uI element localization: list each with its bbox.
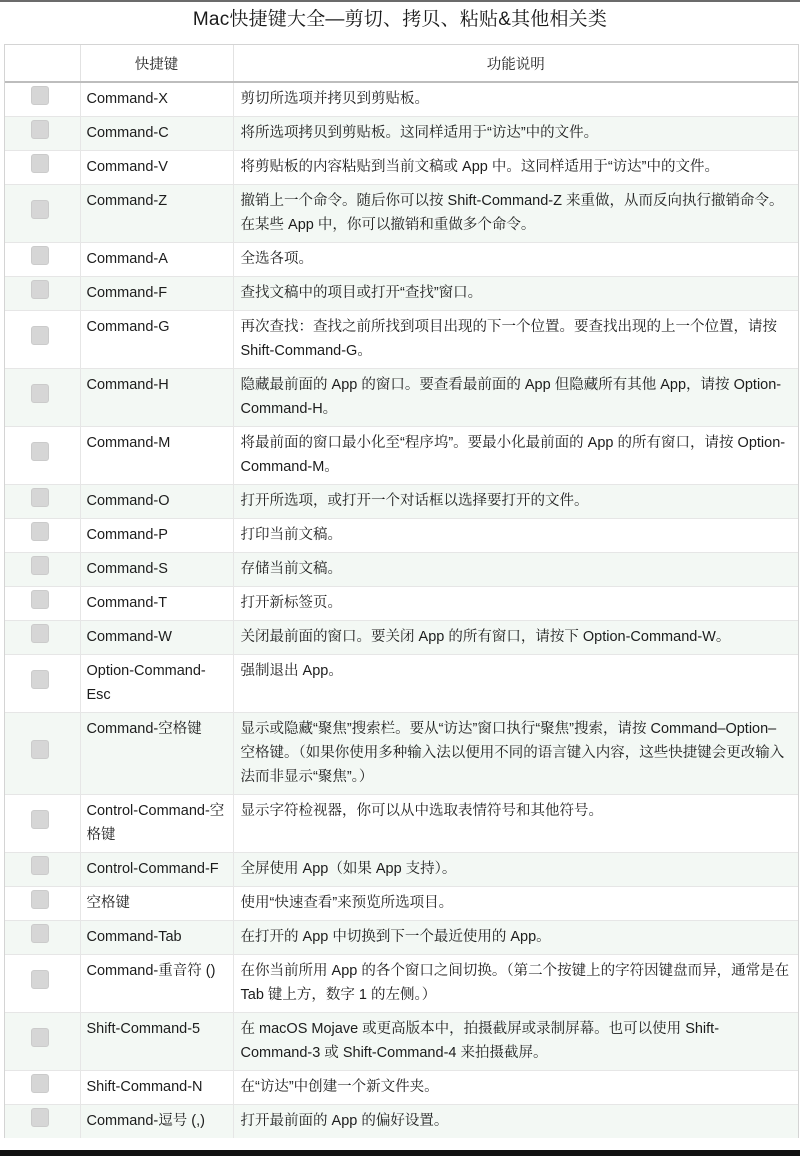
table-row: Command-O 打开所选项，或打开一个对话框以选择要打开的文件。: [5, 485, 798, 519]
shortcut-description: 关闭最前面的窗口。要关闭 App 的所有窗口，请按下 Option-Comman…: [233, 621, 798, 655]
shortcut-key: Command-S: [80, 553, 233, 587]
table-row: Shift-Command-N 在“访达”中创建一个新文件夹。: [5, 1071, 798, 1105]
checkbox-cell: [5, 277, 80, 311]
shortcut-key: Command-重音符 (): [80, 955, 233, 1013]
shortcut-key: Shift-Command-N: [80, 1071, 233, 1105]
table-header-row: 快捷键 功能说明: [5, 45, 798, 82]
table-row: Shift-Command-5 在 macOS Mojave 或更高版本中，拍摄…: [5, 1013, 798, 1071]
shortcut-description: 打开所选项，或打开一个对话框以选择要打开的文件。: [233, 485, 798, 519]
shortcut-key: Command-逗号 (,): [80, 1105, 233, 1139]
row-checkbox[interactable]: [31, 624, 49, 643]
shortcut-key: Command-F: [80, 277, 233, 311]
shortcut-description: 显示字符检视器，你可以从中选取表情符号和其他符号。: [233, 795, 798, 853]
row-checkbox[interactable]: [31, 86, 49, 105]
row-checkbox[interactable]: [31, 280, 49, 299]
shortcut-key: Command-P: [80, 519, 233, 553]
checkbox-cell: [5, 1105, 80, 1139]
checkbox-cell: [5, 621, 80, 655]
row-checkbox[interactable]: [31, 556, 49, 575]
shortcut-key: Control-Command-空格键: [80, 795, 233, 853]
shortcut-key: Command-G: [80, 311, 233, 369]
header-description: 功能说明: [233, 45, 798, 82]
shortcut-key: Command-空格键: [80, 713, 233, 795]
checkbox-cell: [5, 185, 80, 243]
checkbox-cell: [5, 485, 80, 519]
checkbox-cell: [5, 151, 80, 185]
shortcut-key: 空格键: [80, 887, 233, 921]
shortcut-key: Command-O: [80, 485, 233, 519]
row-checkbox[interactable]: [31, 1108, 49, 1127]
table-row: Command-M 将最前面的窗口最小化至“程序坞”。要最小化最前面的 App …: [5, 427, 798, 485]
shortcut-table-container: 快捷键 功能说明 Command-X 剪切所选项并拷贝到剪贴板。 Command…: [4, 44, 799, 1138]
checkbox-cell: [5, 713, 80, 795]
shortcut-description: 再次查找：查找之前所找到项目出现的下一个位置。要查找出现的上一个位置，请按 Sh…: [233, 311, 798, 369]
shortcut-key: Shift-Command-5: [80, 1013, 233, 1071]
shortcut-key: Command-Z: [80, 185, 233, 243]
row-checkbox[interactable]: [31, 856, 49, 875]
table-row: Command-W 关闭最前面的窗口。要关闭 App 的所有窗口，请按下 Opt…: [5, 621, 798, 655]
checkbox-cell: [5, 311, 80, 369]
shortcut-key: Command-V: [80, 151, 233, 185]
row-checkbox[interactable]: [31, 970, 49, 989]
shortcut-description: 全屏使用 App（如果 App 支持）。: [233, 853, 798, 887]
row-checkbox[interactable]: [31, 154, 49, 173]
row-checkbox[interactable]: [31, 740, 49, 759]
shortcut-description: 将最前面的窗口最小化至“程序坞”。要最小化最前面的 App 的所有窗口，请按 O…: [233, 427, 798, 485]
row-checkbox[interactable]: [31, 326, 49, 345]
shortcut-description: 将所选项拷贝到剪贴板。这同样适用于“访达”中的文件。: [233, 117, 798, 151]
top-edge-strip: [0, 0, 800, 2]
checkbox-cell: [5, 1071, 80, 1105]
header-shortcut: 快捷键: [80, 45, 233, 82]
table-row: Command-G 再次查找：查找之前所找到项目出现的下一个位置。要查找出现的上…: [5, 311, 798, 369]
table-row: Command-F 查找文稿中的项目或打开“查找”窗口。: [5, 277, 798, 311]
shortcut-description: 将剪贴板的内容粘贴到当前文稿或 App 中。这同样适用于“访达”中的文件。: [233, 151, 798, 185]
table-row: Command-逗号 (,) 打开最前面的 App 的偏好设置。: [5, 1105, 798, 1139]
shortcut-description: 显示或隐藏“聚焦”搜索栏。要从“访达”窗口执行“聚焦”搜索，请按 Command…: [233, 713, 798, 795]
table-row: 空格键 使用“快速查看”来预览所选项目。: [5, 887, 798, 921]
shortcut-key: Command-H: [80, 369, 233, 427]
table-row: Command-A 全选各项。: [5, 243, 798, 277]
table-row: Command-H 隐藏最前面的 App 的窗口。要查看最前面的 App 但隐藏…: [5, 369, 798, 427]
checkbox-cell: [5, 587, 80, 621]
shortcut-description: 打印当前文稿。: [233, 519, 798, 553]
checkbox-cell: [5, 1013, 80, 1071]
row-checkbox[interactable]: [31, 890, 49, 909]
shortcut-description: 在“访达”中创建一个新文件夹。: [233, 1071, 798, 1105]
shortcut-key: Command-X: [80, 82, 233, 117]
shortcut-key: Command-M: [80, 427, 233, 485]
row-checkbox[interactable]: [31, 384, 49, 403]
shortcut-description: 打开最前面的 App 的偏好设置。: [233, 1105, 798, 1139]
table-row: Command-T 打开新标签页。: [5, 587, 798, 621]
shortcut-description: 在你当前所用 App 的各个窗口之间切换。（第二个按键上的字符因键盘而异，通常是…: [233, 955, 798, 1013]
shortcut-key: Option-Command-Esc: [80, 655, 233, 713]
checkbox-cell: [5, 427, 80, 485]
row-checkbox[interactable]: [31, 200, 49, 219]
checkbox-cell: [5, 369, 80, 427]
shortcut-description: 查找文稿中的项目或打开“查找”窗口。: [233, 277, 798, 311]
shortcut-description: 撤销上一个命令。随后你可以按 Shift-Command-Z 来重做，从而反向执…: [233, 185, 798, 243]
row-checkbox[interactable]: [31, 246, 49, 265]
row-checkbox[interactable]: [31, 120, 49, 139]
table-row: Command-Z 撤销上一个命令。随后你可以按 Shift-Command-Z…: [5, 185, 798, 243]
shortcut-description: 全选各项。: [233, 243, 798, 277]
row-checkbox[interactable]: [31, 442, 49, 461]
shortcut-description: 使用“快速查看”来预览所选项目。: [233, 887, 798, 921]
shortcut-description: 强制退出 App。: [233, 655, 798, 713]
table-row: Command-X 剪切所选项并拷贝到剪贴板。: [5, 82, 798, 117]
table-row: Command-S 存储当前文稿。: [5, 553, 798, 587]
checkbox-cell: [5, 795, 80, 853]
shortcut-key: Command-C: [80, 117, 233, 151]
shortcut-key: Command-T: [80, 587, 233, 621]
row-checkbox[interactable]: [31, 1074, 49, 1093]
checkbox-cell: [5, 921, 80, 955]
table-row: Command-C 将所选项拷贝到剪贴板。这同样适用于“访达”中的文件。: [5, 117, 798, 151]
table-row: Control-Command-F 全屏使用 App（如果 App 支持）。: [5, 853, 798, 887]
shortcut-key: Control-Command-F: [80, 853, 233, 887]
checkbox-cell: [5, 243, 80, 277]
bottom-edge-bar: [0, 1150, 800, 1156]
shortcut-description: 剪切所选项并拷贝到剪贴板。: [233, 82, 798, 117]
table-row: Command-P 打印当前文稿。: [5, 519, 798, 553]
checkbox-cell: [5, 887, 80, 921]
page-title: Mac快捷键大全—剪切、拷贝、粘贴&其他相关类: [0, 6, 800, 34]
checkbox-cell: [5, 117, 80, 151]
table-row: Control-Command-空格键 显示字符检视器，你可以从中选取表情符号和…: [5, 795, 798, 853]
shortcut-key: Command-W: [80, 621, 233, 655]
checkbox-cell: [5, 853, 80, 887]
checkbox-cell: [5, 82, 80, 117]
row-checkbox[interactable]: [31, 924, 49, 943]
shortcut-description: 在 macOS Mojave 或更高版本中，拍摄截屏或录制屏幕。也可以使用 Sh…: [233, 1013, 798, 1071]
table-row: Command-Tab 在打开的 App 中切换到下一个最近使用的 App。: [5, 921, 798, 955]
table-body: Command-X 剪切所选项并拷贝到剪贴板。 Command-C 将所选项拷贝…: [5, 82, 798, 1138]
checkbox-cell: [5, 955, 80, 1013]
row-checkbox[interactable]: [31, 488, 49, 507]
shortcut-table: 快捷键 功能说明 Command-X 剪切所选项并拷贝到剪贴板。 Command…: [5, 45, 798, 1138]
row-checkbox[interactable]: [31, 670, 49, 689]
shortcut-description: 存储当前文稿。: [233, 553, 798, 587]
row-checkbox[interactable]: [31, 522, 49, 541]
shortcut-description: 在打开的 App 中切换到下一个最近使用的 App。: [233, 921, 798, 955]
header-checkbox-column: [5, 45, 80, 82]
row-checkbox[interactable]: [31, 1028, 49, 1047]
checkbox-cell: [5, 553, 80, 587]
shortcut-description: 隐藏最前面的 App 的窗口。要查看最前面的 App 但隐藏所有其他 App，请…: [233, 369, 798, 427]
shortcut-key: Command-A: [80, 243, 233, 277]
shortcut-key: Command-Tab: [80, 921, 233, 955]
table-row: Command-V 将剪贴板的内容粘贴到当前文稿或 App 中。这同样适用于“访…: [5, 151, 798, 185]
checkbox-cell: [5, 519, 80, 553]
checkbox-cell: [5, 655, 80, 713]
table-row: Command-空格键 显示或隐藏“聚焦”搜索栏。要从“访达”窗口执行“聚焦”搜…: [5, 713, 798, 795]
table-row: Option-Command-Esc 强制退出 App。: [5, 655, 798, 713]
row-checkbox[interactable]: [31, 590, 49, 609]
row-checkbox[interactable]: [31, 810, 49, 829]
table-row: Command-重音符 () 在你当前所用 App 的各个窗口之间切换。（第二个…: [5, 955, 798, 1013]
shortcut-description: 打开新标签页。: [233, 587, 798, 621]
